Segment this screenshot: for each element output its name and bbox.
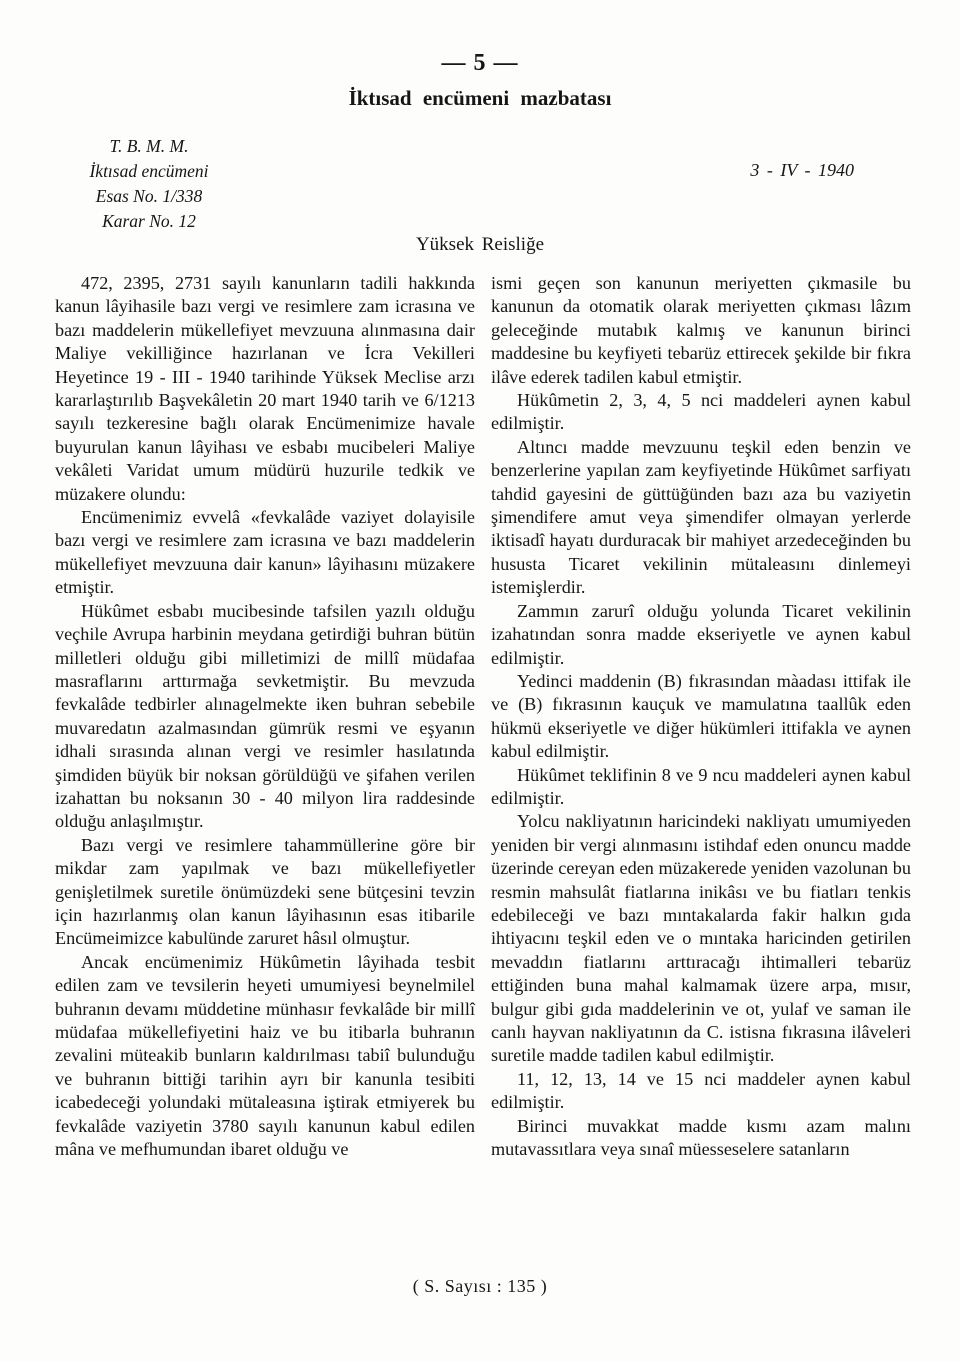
committee-line-karar-no: Karar No. 12 (58, 209, 240, 234)
left-column: 472, 2395, 2731 sayılı kanunların tadili… (55, 272, 475, 1161)
paragraph: 11, 12, 13, 14 ve 15 nci maddeler aynen … (491, 1068, 911, 1115)
salutation: Yüksek Reisliğe (0, 234, 960, 256)
paragraph: Encümenimiz evvelâ «fevkalâde vaziyet do… (55, 506, 475, 600)
paragraph: Bazı vergi ve resimlere tahammüllerine g… (55, 834, 475, 951)
paragraph: ismi geçen son kanunun meriyetten çıkmas… (491, 272, 911, 389)
document-date: 3 - IV - 1940 (750, 160, 854, 181)
document-page: — 5 — İktısad encümeni mazbatası T. B. M… (0, 0, 960, 1362)
paragraph: Hükûmet teklifinin 8 ve 9 ncu maddeleri … (491, 764, 911, 811)
paragraph: Zammın zarurî olduğu yolunda Ticaret vek… (491, 600, 911, 670)
paragraph: Hükûmet esbabı mucibesinde tafsilen yazı… (55, 600, 475, 834)
paragraph: Altıncı madde mevzuunu teşkil eden benzi… (491, 436, 911, 600)
paragraph: Yolcu nakliyatının haricindeki nakliyatı… (491, 810, 911, 1067)
paragraph: Hükûmetin 2, 3, 4, 5 nci maddeleri aynen… (491, 389, 911, 436)
paragraph: Birinci muvakkat madde kısmı azam malını… (491, 1115, 911, 1162)
serial-number-footer: ( S. Sayısı : 135 ) (0, 1276, 960, 1297)
right-column: ismi geçen son kanunun meriyetten çıkmas… (491, 272, 911, 1161)
committee-line-institution: T. B. M. M. (58, 134, 240, 159)
page-number: — 5 — (0, 50, 960, 77)
text-columns: 472, 2395, 2731 sayılı kanunların tadili… (55, 272, 911, 1161)
committee-header-block: T. B. M. M. İktısad encümeni Esas No. 1/… (58, 134, 240, 234)
committee-line-esas-no: Esas No. 1/338 (58, 184, 240, 209)
document-title: İktısad encümeni mazbatası (0, 86, 960, 111)
committee-line-name: İktısad encümeni (58, 159, 240, 184)
paragraph: Yedinci maddenin (B) fıkrasından màadası… (491, 670, 911, 764)
paragraph: Ancak encümenimiz Hükûmetin lâyihada tes… (55, 951, 475, 1162)
paragraph: 472, 2395, 2731 sayılı kanunların tadili… (55, 272, 475, 506)
